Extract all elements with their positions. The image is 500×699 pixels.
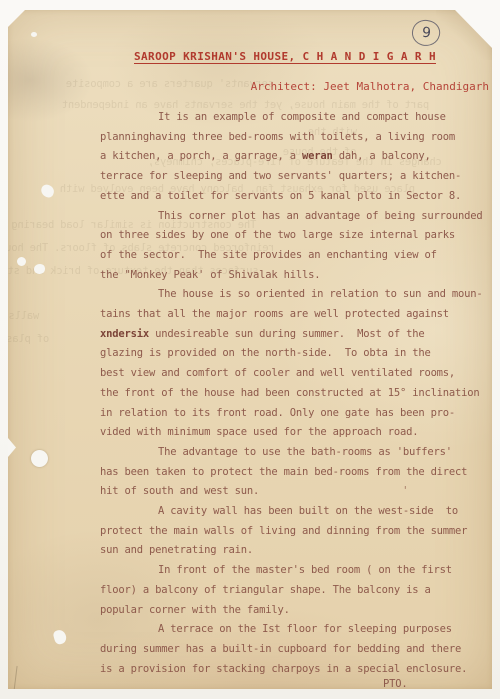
typed-line: It is an example of composite and compac…: [100, 108, 492, 128]
bleed-through-text: walls with: [0, 310, 39, 322]
document-body: It is an example of composite and compac…: [100, 108, 492, 679]
typed-line: A terrace on the Ist floor for sleeping …: [100, 620, 492, 640]
scanned-page-photo: servants' quarters are a compositepart o…: [0, 0, 500, 699]
typed-line: tains that all the major rooms are well …: [100, 305, 492, 325]
paragraph: This corner plot has an advantage of bei…: [100, 207, 492, 286]
bleed-through-text: of plaster: [0, 333, 49, 345]
pto-label: PTO.: [383, 678, 408, 690]
typed-line: of the sector. The site provides an ench…: [100, 246, 492, 266]
document-title: SAROOP KRISHAN'S HOUSE, C H A N D I G A …: [134, 50, 436, 63]
typed-line: is a provision for stacking charpoys in …: [100, 660, 492, 680]
typed-line: during summer has a built-in cupboard fo…: [100, 640, 492, 660]
architect-byline: Architect: Jeet Malhotra, Chandigarh: [251, 80, 489, 93]
paragraph: The advantage to use the bath-rooms as '…: [100, 443, 492, 502]
typed-line: protect the main walls of living and din…: [100, 522, 492, 542]
typed-line: on three sides by one of the two large s…: [100, 226, 492, 246]
typed-line: a kitchen, a porch, a garrage, a weran d…: [100, 147, 492, 167]
typed-line: terrace for sleeping and two servants' q…: [100, 167, 492, 187]
typed-line: vided with minimum space used for the ap…: [100, 423, 492, 443]
typed-line: the front of the house had been construc…: [100, 384, 492, 404]
punch-hole: [31, 450, 48, 467]
stray-mark: ': [402, 484, 409, 497]
paragraph: A terrace on the Ist floor for sleeping …: [100, 620, 492, 679]
typed-line: glazing is provided on the north-side. T…: [100, 344, 492, 364]
typed-line: sun and penetrating rain.: [100, 541, 492, 561]
typed-line: the "Monkey Peak' of Shivalak hills.: [100, 266, 492, 286]
typed-line: The advantage to use the bath-rooms as '…: [100, 443, 492, 463]
typed-line: This corner plot has an advantage of bei…: [100, 207, 492, 227]
bleed-through-text: servants' quarters are a composite: [66, 78, 274, 90]
typed-line: in relation to its front road. Only one …: [100, 404, 492, 424]
typed-line: A cavity wall has been built on the west…: [100, 502, 492, 522]
paper-sheet: servants' quarters are a compositepart o…: [8, 10, 492, 689]
paragraph: In front of the master's bed room ( on t…: [100, 561, 492, 620]
typed-line: The house is so oriented in relation to …: [100, 285, 492, 305]
typed-line: ette and a toilet for servants on 5 kana…: [100, 187, 492, 207]
paper-worm-hole: [34, 264, 45, 274]
paper-fleck: [31, 32, 37, 37]
paragraph: It is an example of composite and compac…: [100, 108, 492, 207]
paragraph: The house is so oriented in relation to …: [100, 285, 492, 443]
typed-line: floor) a balcony of triangular shape. Th…: [100, 581, 492, 601]
typed-line: best view and comfort of cooler and well…: [100, 364, 492, 384]
typed-line: In front of the master's bed room ( on t…: [100, 561, 492, 581]
typed-line: hit of south and west sun.: [100, 482, 492, 502]
page-number-text: 9: [421, 25, 431, 42]
typed-line: popular corner with the family.: [100, 601, 492, 621]
paper-worm-hole: [17, 257, 26, 266]
typed-line: xndersix undesireable sun during summer.…: [100, 325, 492, 345]
typed-line: planninghaving three bed-rooms with toil…: [100, 128, 492, 148]
paragraph: A cavity wall has been built on the west…: [100, 502, 492, 561]
typed-line: has been taken to protect the main bed-r…: [100, 463, 492, 483]
